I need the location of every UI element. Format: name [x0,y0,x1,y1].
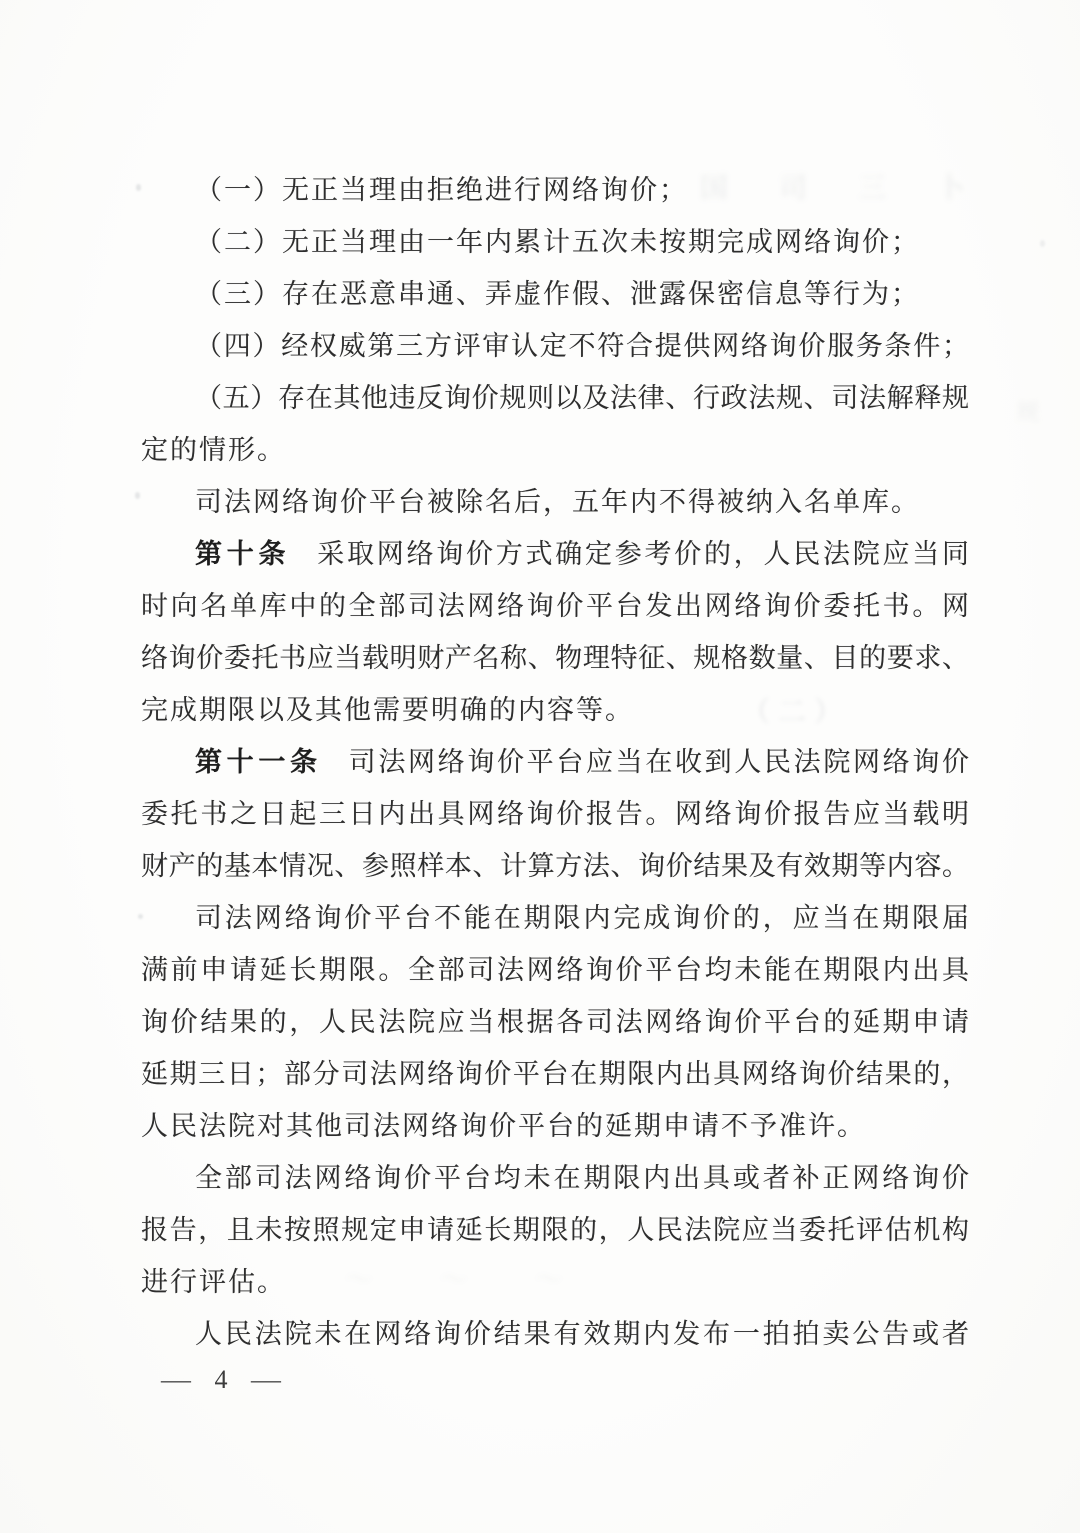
line-text: （三）存在恶意串通、弄虚作假、泄露保密信息等行为； [195,279,920,309]
text-line: 全部司法网络询价平台均未在期限内出具或者补正网络询价 [141,1152,969,1204]
text-line: 司法网络询价平台不能在期限内完成询价的，应当在期限届 [141,892,969,944]
text-line: 人民法院未在网络询价结果有效期内发布一拍拍卖公告或者 [141,1308,969,1360]
line-text: 询价结果的，人民法院应当根据各司法网络询价平台的延期申请 [141,1007,969,1037]
document-body: （一）无正当理由拒绝进行网络询价；（二）无正当理由一年内累计五次未按期完成网络询… [141,164,969,1360]
line-text: 满前申请延长期限。全部司法网络询价平台均未能在期限内出具 [141,955,969,985]
line-text: 人民法院对其他司法网络询价平台的延期申请不予准许。 [141,1111,866,1141]
line-text: （四）经权威第三方评审认定不符合提供网络询价服务条件； [195,331,969,361]
text-line: 完成期限以及其他需要明确的内容等。 [141,684,969,736]
text-line: 延期三日；部分司法网络询价平台在期限内出具网络询价结果的， [141,1048,969,1100]
text-line: （二）无正当理由一年内累计五次未按期完成网络询价； [141,216,969,268]
text-line: 时向名单库中的全部司法网络询价平台发出网络询价委托书。网 [141,580,969,632]
line-text: 全部司法网络询价平台均未在期限内出具或者补正网络询价 [195,1163,969,1193]
line-text: 延期三日；部分司法网络询价平台在期限内出具网络询价结果的， [141,1059,969,1089]
line-text: 委托书之日起三日内出具网络询价报告。网络询价报告应当载明 [141,799,969,829]
line-text: 定的情形。 [141,435,286,465]
article-number: 第十条 [195,539,290,569]
line-text: 司法网络询价平台被除名后，五年内不得被纳入名单库。 [195,487,920,517]
line-text: 完成期限以及其他需要明确的内容等。 [141,695,634,725]
line-text: （五）存在其他违反询价规则以及法律、行政法规、司法解释规 [195,383,969,413]
line-text: （二）无正当理由一年内累计五次未按期完成网络询价； [195,227,920,257]
line-text: 人民法院未在网络询价结果有效期内发布一拍拍卖公告或者 [195,1319,969,1349]
text-line: 询价结果的，人民法院应当根据各司法网络询价平台的延期申请 [141,996,969,1048]
text-line: （三）存在恶意串通、弄虚作假、泄露保密信息等行为； [141,268,969,320]
line-text: 报告，且未按照规定申请延长期限的，人民法院应当委托评估机构 [141,1215,969,1245]
text-line: 司法网络询价平台被除名后，五年内不得被纳入名单库。 [141,476,969,528]
text-line: 满前申请延长期限。全部司法网络询价平台均未能在期限内出具 [141,944,969,996]
text-line: 第十条采取网络询价方式确定参考价的，人民法院应当同 [141,528,969,580]
line-text: 络询价委托书应当载明财产名称、物理特征、规格数量、目的要求、 [141,643,969,673]
line-text: 司法网络询价平台应当在收到人民法院网络询价 [346,747,969,777]
footer-dash-right: — [251,1365,281,1395]
scan-speck [135,492,140,499]
scan-speck [1040,240,1045,247]
text-line: 委托书之日起三日内出具网络询价报告。网络询价报告应当载明 [141,788,969,840]
text-line: 络询价委托书应当载明财产名称、物理特征、规格数量、目的要求、 [141,632,969,684]
text-line: 第十一条司法网络询价平台应当在收到人民法院网络询价 [141,736,969,788]
text-line: 人民法院对其他司法网络询价平台的延期申请不予准许。 [141,1100,969,1152]
text-line: （一）无正当理由拒绝进行网络询价； [141,164,969,216]
line-text: 进行评估。 [141,1267,286,1297]
text-line: （五）存在其他违反询价规则以及法律、行政法规、司法解释规 [141,372,969,424]
line-text: （一）无正当理由拒绝进行网络询价； [195,175,688,205]
footer-dash-left: — [161,1365,191,1395]
page-footer: — 4 — [163,1365,279,1395]
text-line: 财产的基本情况、参照样本、计算方法、询价结果及有效期等内容。 [141,840,969,892]
text-line: 报告，且未按照规定申请延长期限的，人民法院应当委托评估机构 [141,1204,969,1256]
line-text: 司法网络询价平台不能在期限内完成询价的，应当在期限届 [195,903,969,933]
article-number: 第十一条 [195,747,322,777]
scanned-document-page: （一）无正当理由拒绝进行网络询价；（二）无正当理由一年内累计五次未按期完成网络询… [0,0,1080,1533]
text-line: 进行评估。 [141,1256,969,1308]
line-text: 时向名单库中的全部司法网络询价平台发出网络询价委托书。网 [141,591,969,621]
line-text: 财产的基本情况、参照样本、计算方法、询价结果及有效期等内容。 [141,851,969,881]
line-text: 采取网络询价方式确定参考价的，人民法院应当同 [315,539,969,569]
text-line: 定的情形。 [141,424,969,476]
bleed-through-ghost: 规 [1016,392,1040,427]
text-line: （四）经权威第三方评审认定不符合提供网络询价服务条件； [141,320,969,372]
page-number: 4 [215,1365,228,1395]
